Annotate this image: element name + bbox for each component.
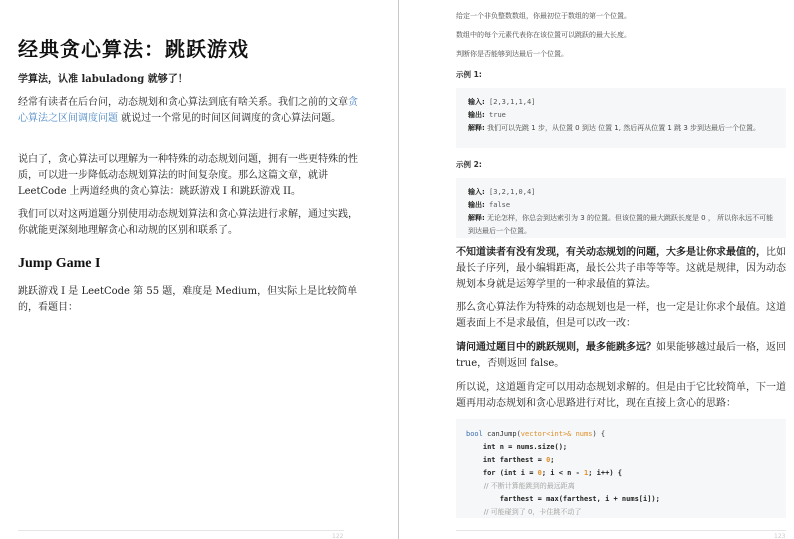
code-line: farthest = max(farthest, i + nums[i]); [466, 493, 776, 506]
page-number: 123 [774, 533, 785, 539]
dp-observation-paragraph: 不知道读者有没有发现，有关动态规划的问题，大多是让你求最值的，比如最长子序列，最… [456, 245, 786, 293]
code-comment: // 不断计算能跳到的最远距离 [466, 480, 776, 493]
left-page: 经典贪心算法：跳跃游戏 学算法，认准 labuladong 就够了！ 经常有读者… [0, 0, 398, 539]
footer-divider [18, 530, 344, 531]
page-title: 经典贪心算法：跳跃游戏 [18, 33, 249, 62]
problem-statement-line: 判断你是否能够到达最后一个位置。 [456, 49, 568, 59]
problem-intro-paragraph: 跳跃游戏 I 是 LeetCode 第 55 题，难度是 Medium，但实际上… [18, 284, 363, 316]
approach-paragraph: 我们可以对这两道题分别使用动态规划算法和贪心算法进行求解，通过实践，你就能更深刻… [18, 207, 363, 239]
section-heading: Jump Game I [18, 256, 100, 272]
code-line: int farthest = 0; [466, 454, 776, 467]
example2-title: 示例 2: [456, 159, 482, 170]
example1-box: 输入: [2,3,1,1,4] 输出: true 解释: 我们可以先跳 1 步，… [456, 88, 786, 148]
code-block: bool canJump(vector<int>& nums) { int n … [456, 419, 786, 518]
greedy-paragraph: 那么贪心算法作为特殊的动态规划也是一样，也一定是让你求个最值。这道题表面上不是求… [456, 300, 786, 332]
example1-output: 输出: true [468, 109, 774, 122]
tagline-text: 学算法，认准 labuladong 就够了！ [18, 74, 188, 85]
problem-statement-line: 给定一个非负整数数组，你最初位于数组的第一个位置。 [456, 11, 631, 21]
example2-explanation: 解释: 无论怎样，你总会到达索引为 3 的位置。但该位置的最大跳跃长度是 0 ，… [468, 212, 774, 238]
example2-output: 输出: false [468, 199, 774, 212]
example2-box: 输入: [3,2,1,0,4] 输出: false 解释: 无论怎样，你总会到达… [456, 178, 786, 238]
example1-explanation: 解释: 我们可以先跳 1 步，从位置 0 到达 位置 1, 然后再从位置 1 跳… [468, 122, 774, 135]
tagline: 学算法，认准 labuladong 就够了！ [18, 72, 363, 88]
code-line: bool canJump(vector<int>& nums) { [466, 428, 776, 441]
intro-text-after-link: 就说过一个常见的时间区间调度的贪心算法问题。 [118, 113, 341, 124]
question-paragraph: 请问通过题目中的跳跃规则，最多能跳多远？如果能够越过最后一格，返回 true，否… [456, 340, 786, 372]
conclusion-paragraph: 所以说，这道题肯定可以用动态规划求解的。但是由于它比较简单，下一道题再用动态规划… [456, 380, 786, 412]
greedy-explanation-paragraph: 说白了，贪心算法可以理解为一种特殊的动态规划问题，拥有一些更特殊的性质，可以进一… [18, 152, 363, 200]
code-comment: // 可能碰到了 0，卡住跳不动了 [466, 506, 776, 519]
footer-divider [456, 530, 786, 531]
code-line: int n = nums.size(); [466, 441, 776, 454]
right-page: 给定一个非负整数数组，你最初位于数组的第一个位置。 数组中的每个元素代表你在该位… [401, 0, 794, 539]
example1-title: 示例 1: [456, 69, 482, 80]
intro-text: 经常有读者在后台问，动态规划和贪心算法到底有啥关系。我们之前的文章 [18, 97, 348, 108]
page-number: 122 [332, 533, 343, 539]
problem-statement-line: 数组中的每个元素代表你在该位置可以跳跃的最大长度。 [456, 30, 631, 40]
example2-input: 输入: [3,2,1,0,4] [468, 186, 774, 199]
intro-paragraph: 经常有读者在后台问，动态规划和贪心算法到底有啥关系。我们之前的文章贪心算法之区间… [18, 95, 363, 127]
code-line: for (int i = 0; i < n - 1; i++) { [466, 467, 776, 480]
example1-input: 输入: [2,3,1,1,4] [468, 96, 774, 109]
